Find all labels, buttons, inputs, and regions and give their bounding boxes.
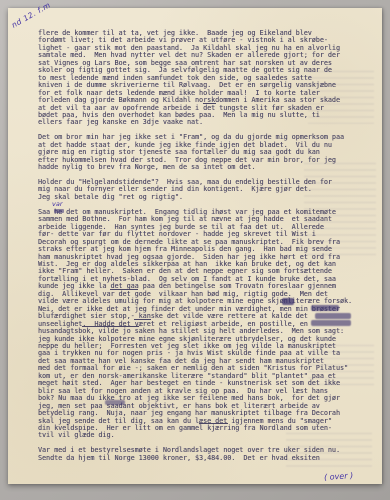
letter-body: flere de kommer til at ta, vet jeg ikke.… xyxy=(38,30,372,470)
typed-paragraph: flere de kommer til at ta, vet jeg ikke.… xyxy=(38,30,372,127)
typed-underline xyxy=(110,289,138,290)
ink-blot xyxy=(315,313,351,319)
handwritten-insert-word: var xyxy=(52,200,63,208)
handwritten-over-note: ( over ) xyxy=(324,471,354,482)
typed-underline xyxy=(82,326,139,327)
ink-blot xyxy=(311,305,339,311)
ink-blot xyxy=(105,400,125,405)
scan-background: nd 12. f.m flere de kommer til at ta, ve… xyxy=(0,0,390,500)
typed-paragraph: Var med i et bestyrelsesmøte i Nordlands… xyxy=(38,447,372,462)
handwritten-date-note: nd 12. f.m xyxy=(10,0,52,30)
letter-page: nd 12. f.m flere de kommer til at ta, ve… xyxy=(8,8,382,484)
typed-paragraph: Holder du "Helgelandstidende"? Hvis saa,… xyxy=(38,179,372,201)
ink-strikeout xyxy=(54,209,64,213)
ink-blot xyxy=(311,320,351,326)
typed-underline xyxy=(199,423,228,424)
typed-paragraph: Det om bror min har jeg ikke set i "Fram… xyxy=(38,134,372,171)
ink-blot xyxy=(282,298,294,305)
typed-underline xyxy=(134,319,151,320)
typed-underline xyxy=(203,103,216,104)
